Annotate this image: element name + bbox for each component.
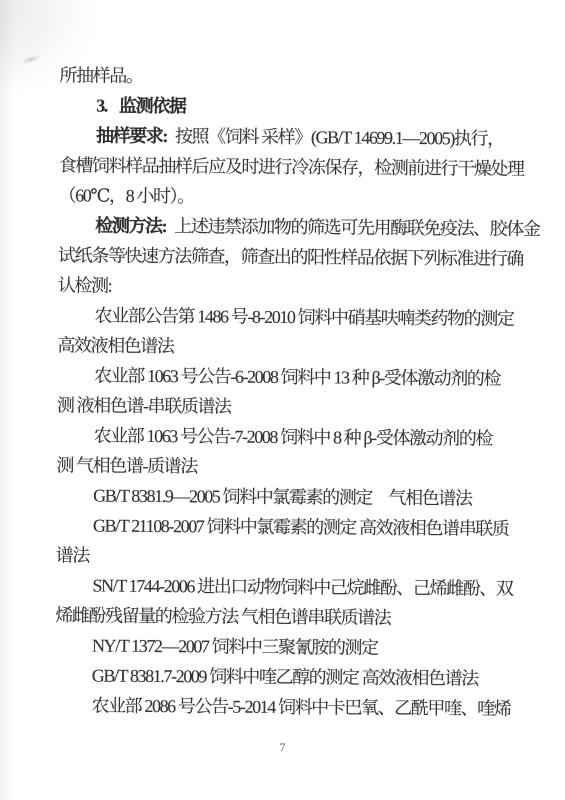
lead-label: 抽样要求: [96, 125, 167, 146]
line-text: 试纸条等快速方法筛查，筛查出的阳性样品依据下列标准进行确 [58, 245, 523, 269]
text-line: SN/T 1744-2006 进出口动物饲料中己烷雌酚、己烯雌酚、双 [55, 570, 515, 604]
text-line: 抽样要求:按照《饲料 采样》(GB/T 14699.1—2005)执行， [59, 120, 519, 154]
line-text: 按照《饲料 采样》(GB/T 14699.1—2005)执行， [175, 126, 504, 149]
line-text: 烯雌酚残留量的检验方法 气相色谱串联质谱法 [55, 605, 390, 628]
heading-number: 3. [96, 95, 107, 115]
document-page: 所抽样品。 3.监测依据 抽样要求:按照《饲料 采样》(GB/T 14699.1… [0, 0, 565, 800]
line-text: （60℃，8 小时）。 [58, 185, 193, 206]
text-line: 农业部 1063 号公告-7-2008 饲料中 8 种 β-受体激动剂的检 [57, 420, 517, 454]
line-text: 高效液相色谱法 [57, 335, 173, 356]
text-line: 高效液相色谱法 [57, 330, 517, 364]
line-text: SN/T 1744-2006 进出口动物饲料中己烷雌酚、己烯雌酚、双 [92, 575, 512, 598]
line-text: 认检测: [58, 275, 112, 295]
scan-artifact [18, 52, 45, 67]
text-line: 农业部 2086 号公告-5-2014 饲料中卡巴氧、乙酰甲喹、喹烯 [54, 690, 514, 724]
line-text: 测 液相色谱-串联质谱法 [57, 395, 231, 416]
text-line: 测 液相色谱-串联质谱法 [57, 390, 517, 424]
line-text: 测 气相色谱-质谱法 [56, 455, 197, 476]
text-line: （60℃，8 小时）。 [58, 180, 518, 214]
line-text: GB/T 8381.7-2009 饲料中喹乙醇的测定 高效液相色谱法 [92, 665, 478, 688]
page-number: 7 [0, 740, 565, 755]
line-text: NY/T 1372—2007 饲料中三聚氰胺的测定 [92, 635, 378, 657]
text-line: 烯雌酚残留量的检验方法 气相色谱串联质谱法 [55, 600, 515, 634]
line-text: 上述违禁添加物的筛选可先用酶联免疫法、胶体金 [174, 216, 539, 239]
text-line: 农业部公告第 1486 号-8-2010 饲料中硝基呋喃类药物的测定 [57, 300, 517, 334]
text-line: GB/T 21108-2007 饲料中氯霉素的测定 高效液相色谱串联质 [56, 510, 516, 544]
line-text: 所抽样品。 [59, 65, 142, 86]
text-line: 检测方法:上述违禁添加物的筛选可先用酶联免疫法、胶体金 [58, 210, 518, 244]
text-line: 认检测: [58, 270, 518, 304]
text-line: GB/T 8381.7-2009 饲料中喹乙醇的测定 高效液相色谱法 [55, 660, 515, 694]
text-line: 食槽饲料样品抽样后应及时进行冷冻保存，检测前进行干燥处理 [59, 150, 519, 184]
text-line: 谱法 [56, 540, 516, 574]
text-line: 测 气相色谱-质谱法 [56, 450, 516, 484]
line-text: 农业部 1063 号公告-6-2008 饲料中 13 种 β-受体激动剂的检 [94, 365, 500, 388]
text-line: NY/T 1372—2007 饲料中三聚氰胺的测定 [55, 630, 515, 664]
line-text: GB/T 21108-2007 饲料中氯霉素的测定 高效液相色谱串联质 [93, 515, 509, 538]
text-line: 试纸条等快速方法筛查，筛查出的阳性样品依据下列标准进行确 [58, 240, 518, 274]
text-line: 农业部 1063 号公告-6-2008 饲料中 13 种 β-受体激动剂的检 [57, 360, 517, 394]
line-text: 农业部公告第 1486 号-8-2010 饲料中硝基呋喃类药物的测定 [95, 305, 514, 328]
line-text: 食槽饲料样品抽样后应及时进行冷冻保存，检测前进行干燥处理 [59, 155, 524, 179]
text-line: GB/T 8381.9—2005 饲料中氯霉素的测定 气相色谱法 [56, 480, 516, 514]
section-heading: 3.监测依据 [59, 90, 519, 124]
line-text: GB/T 8381.9—2005 饲料中氯霉素的测定 气相色谱法 [93, 485, 472, 508]
document-body: 所抽样品。 3.监测依据 抽样要求:按照《饲料 采样》(GB/T 14699.1… [54, 60, 519, 724]
line-text: 农业部 2086 号公告-5-2014 饲料中卡巴氧、乙酰甲喹、喹烯 [91, 695, 510, 718]
heading-title: 监测依据 [119, 96, 186, 117]
line-text: 谱法 [56, 545, 89, 565]
line-text: 农业部 1063 号公告-7-2008 饲料中 8 种 β-受体激动剂的检 [94, 425, 492, 448]
lead-label: 检测方法: [95, 215, 166, 236]
text-line: 所抽样品。 [59, 60, 519, 94]
